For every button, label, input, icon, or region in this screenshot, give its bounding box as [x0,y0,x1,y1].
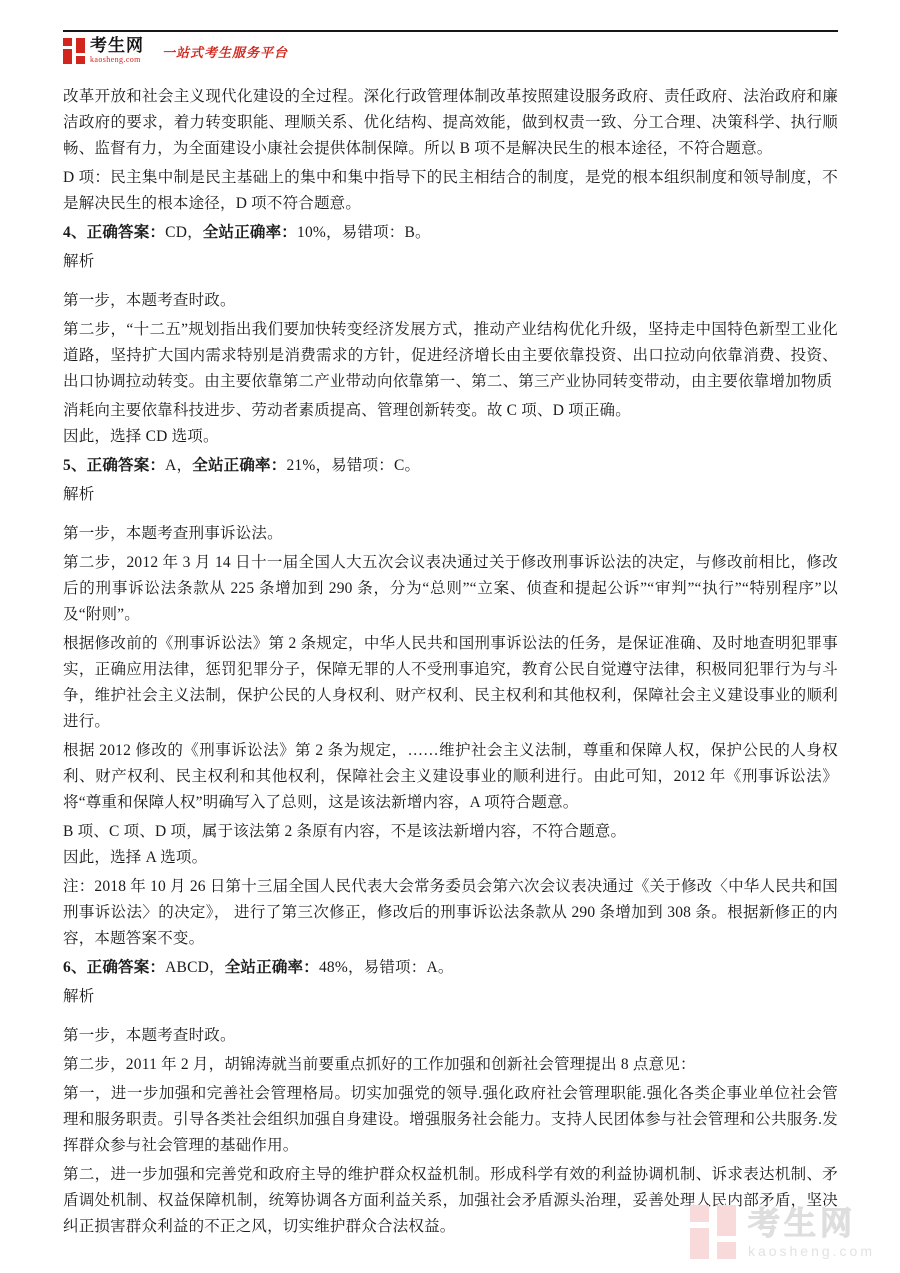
text-run: 因此，选择 CD 选项。 [63,428,219,445]
text-run: 第一步，本题考查时政。 [63,1027,236,1044]
step-1-q5: 第一步，本题考查刑事诉讼法。 [63,521,838,547]
text-run: 消耗向主要依靠科技进步、劳动者素质提高、管理创新转变。故 C 项、D 项正确。 [63,402,631,419]
text-run: CD， [165,224,203,241]
text-run: ABCD， [165,959,225,976]
conclusion-q4: 消耗向主要依靠科技进步、劳动者素质提高、管理创新转变。故 C 项、D 项正确。因… [63,398,838,450]
text-run: 解析 [63,253,94,270]
brand-tagline: 一站式考生服务平台 [162,42,288,64]
analysis-label: 解析 [63,984,838,1010]
opinion-2: 第二，进一步加强和完善党和政府主导的维护群众权益机制。形成科学有效的利益协调机制… [63,1162,838,1240]
step-2-q5: 第二步，2012 年 3 月 14 日十一届全国人大五次会议表决通过关于修改刑事… [63,550,838,628]
bold-label: 全站正确率： [225,959,319,976]
brand-name: 考生网 [90,37,144,54]
analysis-label: 解析 [63,482,838,508]
page-header: 考生网 kaosheng.com 一站式考生服务平台 [63,30,838,64]
text-run: 第二步，2011 年 2 月，胡锦涛就当前要重点抓好的工作加强和创新社会管理提出… [63,1056,696,1073]
text-run: 注：2018 年 10 月 26 日第十三届全国人民代表大会常务委员会第六次会议… [63,878,838,947]
text-run: 根据修改前的《刑事诉讼法》第 2 条规定，中华人民共和国刑事诉讼法的任务，是保证… [63,635,838,730]
opinion-1: 第一，进一步加强和完善社会管理格局。切实加强党的领导.强化政府社会管理职能.强化… [63,1081,838,1159]
text-run: 根据 2012 修改的《刑事诉讼法》第 2 条为规定，……维护社会主义法制，尊重… [63,742,838,811]
note-2018: 注：2018 年 10 月 26 日第十三届全国人民代表大会常务委员会第六次会议… [63,874,838,952]
step-2-q4: 第二步，“十二五”规划指出我们要加快转变经济发展方式，推动产业结构优化升级，坚持… [63,317,838,395]
text-run: 第一步，本题考查时政。 [63,292,236,309]
conclusion-q5: B 项、C 项、D 项，属于该法第 2 条原有内容，不是该法新增内容，不符合题意… [63,819,838,871]
text-run: 解析 [63,486,94,503]
bold-label: 4、正确答案： [63,224,165,241]
text-run: 第一步，本题考查刑事诉讼法。 [63,525,283,542]
text-run: 第二步，2012 年 3 月 14 日十一届全国人大五次会议表决通过关于修改刑事… [63,554,838,623]
paragraph-option-b: 改革开放和社会主义现代化建设的全过程。深化行政管理体制改革按照建设服务政府、责任… [63,84,838,162]
answer-line-5: 5、正确答案：A，全站正确率：21%，易错项：C。 [63,453,838,479]
text-run: 第一，进一步加强和完善社会管理格局。切实加强党的领导.强化政府社会管理职能.强化… [63,1085,838,1154]
text-run: 因此，选择 A 选项。 [63,849,207,866]
paragraph-option-d: D 项：民主集中制是民主基础上的集中和集中指导下的民主相结合的制度，是党的根本组… [63,165,838,217]
text-run: 解析 [63,988,94,1005]
text-run: D 项：民主集中制是民主基础上的集中和集中指导下的民主相结合的制度，是党的根本组… [63,169,838,212]
answer-line-4: 4、正确答案：CD，全站正确率：10%，易错项：B。 [63,220,838,246]
document-body: 改革开放和社会主义现代化建设的全过程。深化行政管理体制改革按照建设服务政府、责任… [0,64,900,1240]
text-run: 21%，易错项：C。 [286,457,420,474]
step-1-q4: 第一步，本题考查时政。 [63,288,838,314]
bold-label: 全站正确率： [192,457,286,474]
step-1-q6: 第一步，本题考查时政。 [63,1023,838,1049]
text-run: 10%，易错项：B。 [297,224,431,241]
bold-label: 5、正确答案： [63,457,165,474]
analysis-label: 解析 [63,249,838,275]
bold-label: 全站正确率： [203,224,297,241]
kaosheng-logo: 考生网 kaosheng.com [63,37,144,64]
text-run: 第二，进一步加强和完善党和政府主导的维护群众权益机制。形成科学有效的利益协调机制… [63,1166,838,1235]
text-run: A， [165,457,192,474]
logo-row: 考生网 kaosheng.com 一站式考生服务平台 [63,37,838,64]
bold-label: 6、正确答案： [63,959,165,976]
text-run: B 项、C 项、D 项，属于该法第 2 条原有内容，不是该法新增内容，不符合题意… [63,823,626,840]
step-2-q6: 第二步，2011 年 2 月，胡锦涛就当前要重点抓好的工作加强和创新社会管理提出… [63,1052,838,1078]
watermark-brand-domain: kaosheng.com [748,1244,875,1258]
answer-line-6: 6、正确答案：ABCD，全站正确率：48%，易错项：A。 [63,955,838,981]
paragraph-law-2012: 根据 2012 修改的《刑事诉讼法》第 2 条为规定，……维护社会主义法制，尊重… [63,738,838,816]
text-run: 第二步，“十二五”规划指出我们要加快转变经济发展方式，推动产业结构优化升级，坚持… [63,321,838,390]
text-run: 48%，易错项：A。 [319,959,454,976]
kaosheng-logo-icon [63,38,85,64]
logo-text: 考生网 kaosheng.com [90,37,144,64]
brand-domain: kaosheng.com [90,56,144,64]
paragraph-law-before: 根据修改前的《刑事诉讼法》第 2 条规定，中华人民共和国刑事诉讼法的任务，是保证… [63,631,838,735]
text-run: 改革开放和社会主义现代化建设的全过程。深化行政管理体制改革按照建设服务政府、责任… [63,88,838,157]
